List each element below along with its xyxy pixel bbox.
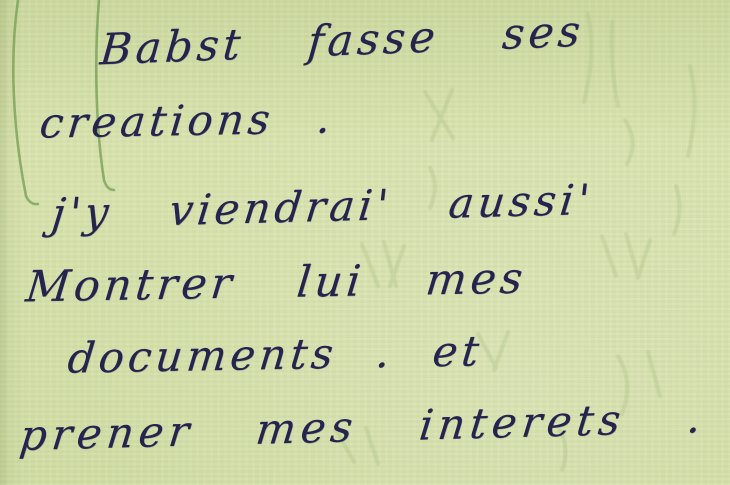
handwriting-line-5: documents . et [65,326,485,382]
handwriting-line-2: creations . [37,93,337,147]
manuscript-page: Babst fasse ses creations . j'y viendrai… [0,0,730,485]
handwriting-line-3: j'y viendrai' aussi' [49,175,596,238]
handwriting-line-4: Montrer lui mes [23,254,528,313]
handwriting-line-1: Babst fasse ses [98,7,586,76]
handwriting-line-6: prener mes interets . [17,393,708,460]
